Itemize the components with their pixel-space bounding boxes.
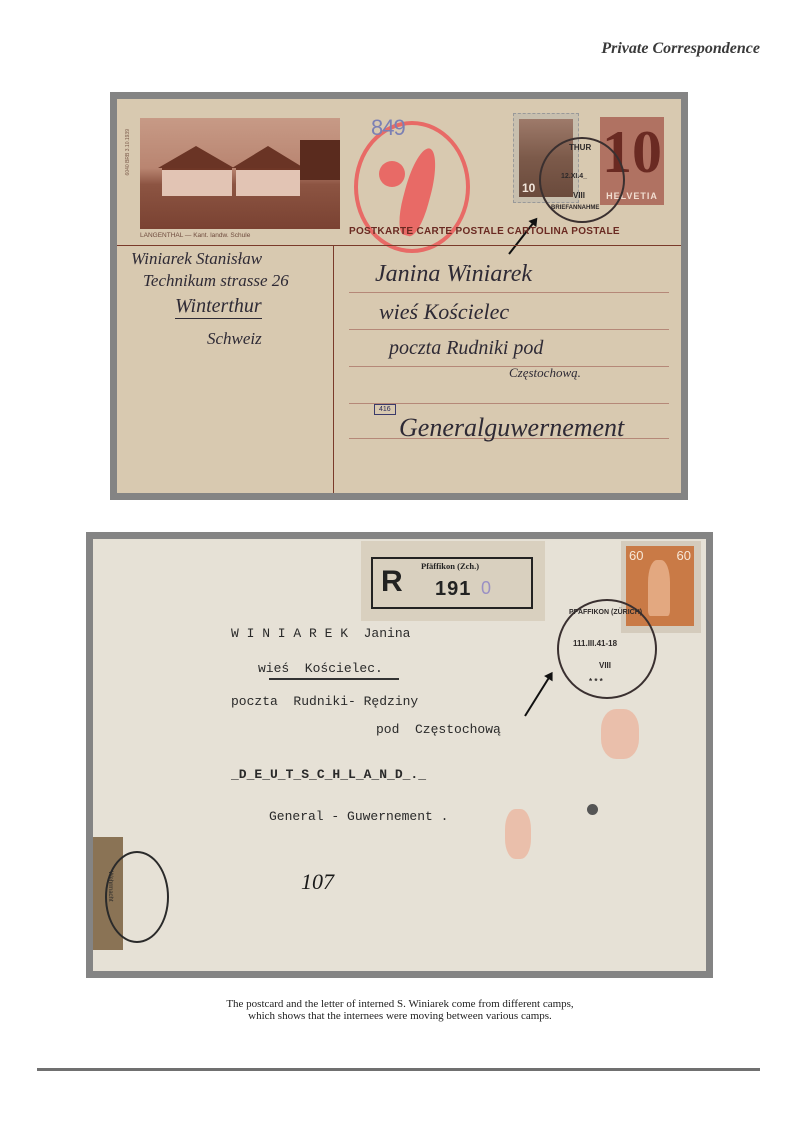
sender-city: Winterthur — [175, 295, 262, 319]
stamp-value-right: 60 — [677, 548, 691, 563]
censor-eagle-icon — [379, 161, 405, 187]
address-region: General - Guwernement . — [269, 809, 448, 824]
sender-country: Schweiz — [207, 329, 262, 349]
registration-letter: R — [381, 565, 403, 599]
photo-side-print: 6040 BRB 3.10.1939 — [125, 129, 131, 175]
address-name: W I N I A R E K Janina — [231, 626, 410, 641]
address-post: poczta Rudniki- Rędziny — [231, 694, 418, 709]
divider — [333, 245, 334, 493]
registration-number: 191 — [435, 578, 471, 601]
postmark-town: PFÄFFIKON (ZÜRICH) — [569, 609, 642, 616]
stain — [505, 809, 531, 859]
page-caption: The postcard and the letter of interned … — [0, 998, 800, 1022]
box-mark: 416 — [374, 404, 396, 415]
postcard-photo — [140, 118, 340, 229]
helvetia-figure-icon — [648, 560, 670, 616]
recipient-name: Janina Winiarek — [375, 261, 532, 288]
censor-tape: Wehrmacht — [93, 837, 123, 950]
postmark-date: 111.III.41-18 — [573, 639, 617, 648]
adhesive-stamp-value: 10 — [522, 181, 535, 195]
divider — [117, 245, 681, 246]
ink-dot — [587, 804, 598, 815]
pointer-arrow-icon — [524, 673, 552, 716]
photo-caption: LANGENTHAL — Kant. landw. Schule — [140, 232, 250, 239]
registration-number-extra: 0 — [481, 578, 491, 599]
postmark-stars: * * * — [589, 677, 603, 686]
postcard-postmark: THUR 12.XI.4_ VIII BRIEFANNAHME — [539, 137, 625, 223]
registration-label: R Pfäffikon (Zch.) 191 0 — [361, 541, 545, 621]
postmark-lower: BRIEFANNAHME — [551, 205, 599, 211]
postmark-district: VIII — [573, 191, 585, 200]
number-stamp: 849 — [371, 115, 405, 141]
address-village: wieś Kościelec. — [258, 661, 383, 676]
address-post-2: pod Częstochową — [376, 722, 501, 737]
postmark-district: VIII — [599, 661, 611, 670]
postcard-frame: 6040 BRB 3.10.1939 LANGENTHAL — Kant. la… — [110, 92, 688, 500]
postmark-date: 12.XI.4_ — [561, 173, 587, 180]
stain — [601, 709, 639, 759]
registration-office: Pfäffikon (Zch.) — [421, 561, 479, 571]
letter-frame: R Pfäffikon (Zch.) 191 0 60 60 PFÄFFIKON… — [86, 532, 713, 978]
caption-line: which shows that the internees were movi… — [0, 1010, 800, 1022]
letter-postmark: PFÄFFIKON (ZÜRICH) 111.III.41-18 VIII * … — [557, 599, 657, 699]
footer-rule — [37, 1068, 760, 1071]
postcard: 6040 BRB 3.10.1939 LANGENTHAL — Kant. la… — [117, 99, 681, 493]
page-header-title: Private Correspondence — [601, 40, 760, 58]
recipient-region: Generalguwernement — [399, 413, 624, 443]
handwritten-number: 107 — [301, 869, 334, 895]
caption-line: The postcard and the letter of interned … — [0, 998, 800, 1010]
recipient-post: poczta Rudniki pod — [389, 337, 543, 360]
postcard-heading: POSTKARTE CARTE POSTALE CARTOLINA POSTAL… — [349, 226, 620, 237]
recipient-village: wieś Kościelec — [379, 299, 509, 325]
letter-envelope: R Pfäffikon (Zch.) 191 0 60 60 PFÄFFIKON… — [93, 539, 706, 971]
recipient-post-2: Częstochową. — [509, 365, 581, 381]
stamp-value-left: 60 — [629, 548, 643, 563]
sender-street: Technikum strasse 26 — [143, 271, 289, 291]
postmark-town: THUR — [569, 143, 591, 152]
address-country: _D_E_U_T_S_C_H_L_A_N_D_._ — [231, 767, 426, 782]
sender-name: Winiarek Stanisław — [131, 249, 262, 269]
censor-tape-text: Wehrmacht — [107, 871, 113, 902]
